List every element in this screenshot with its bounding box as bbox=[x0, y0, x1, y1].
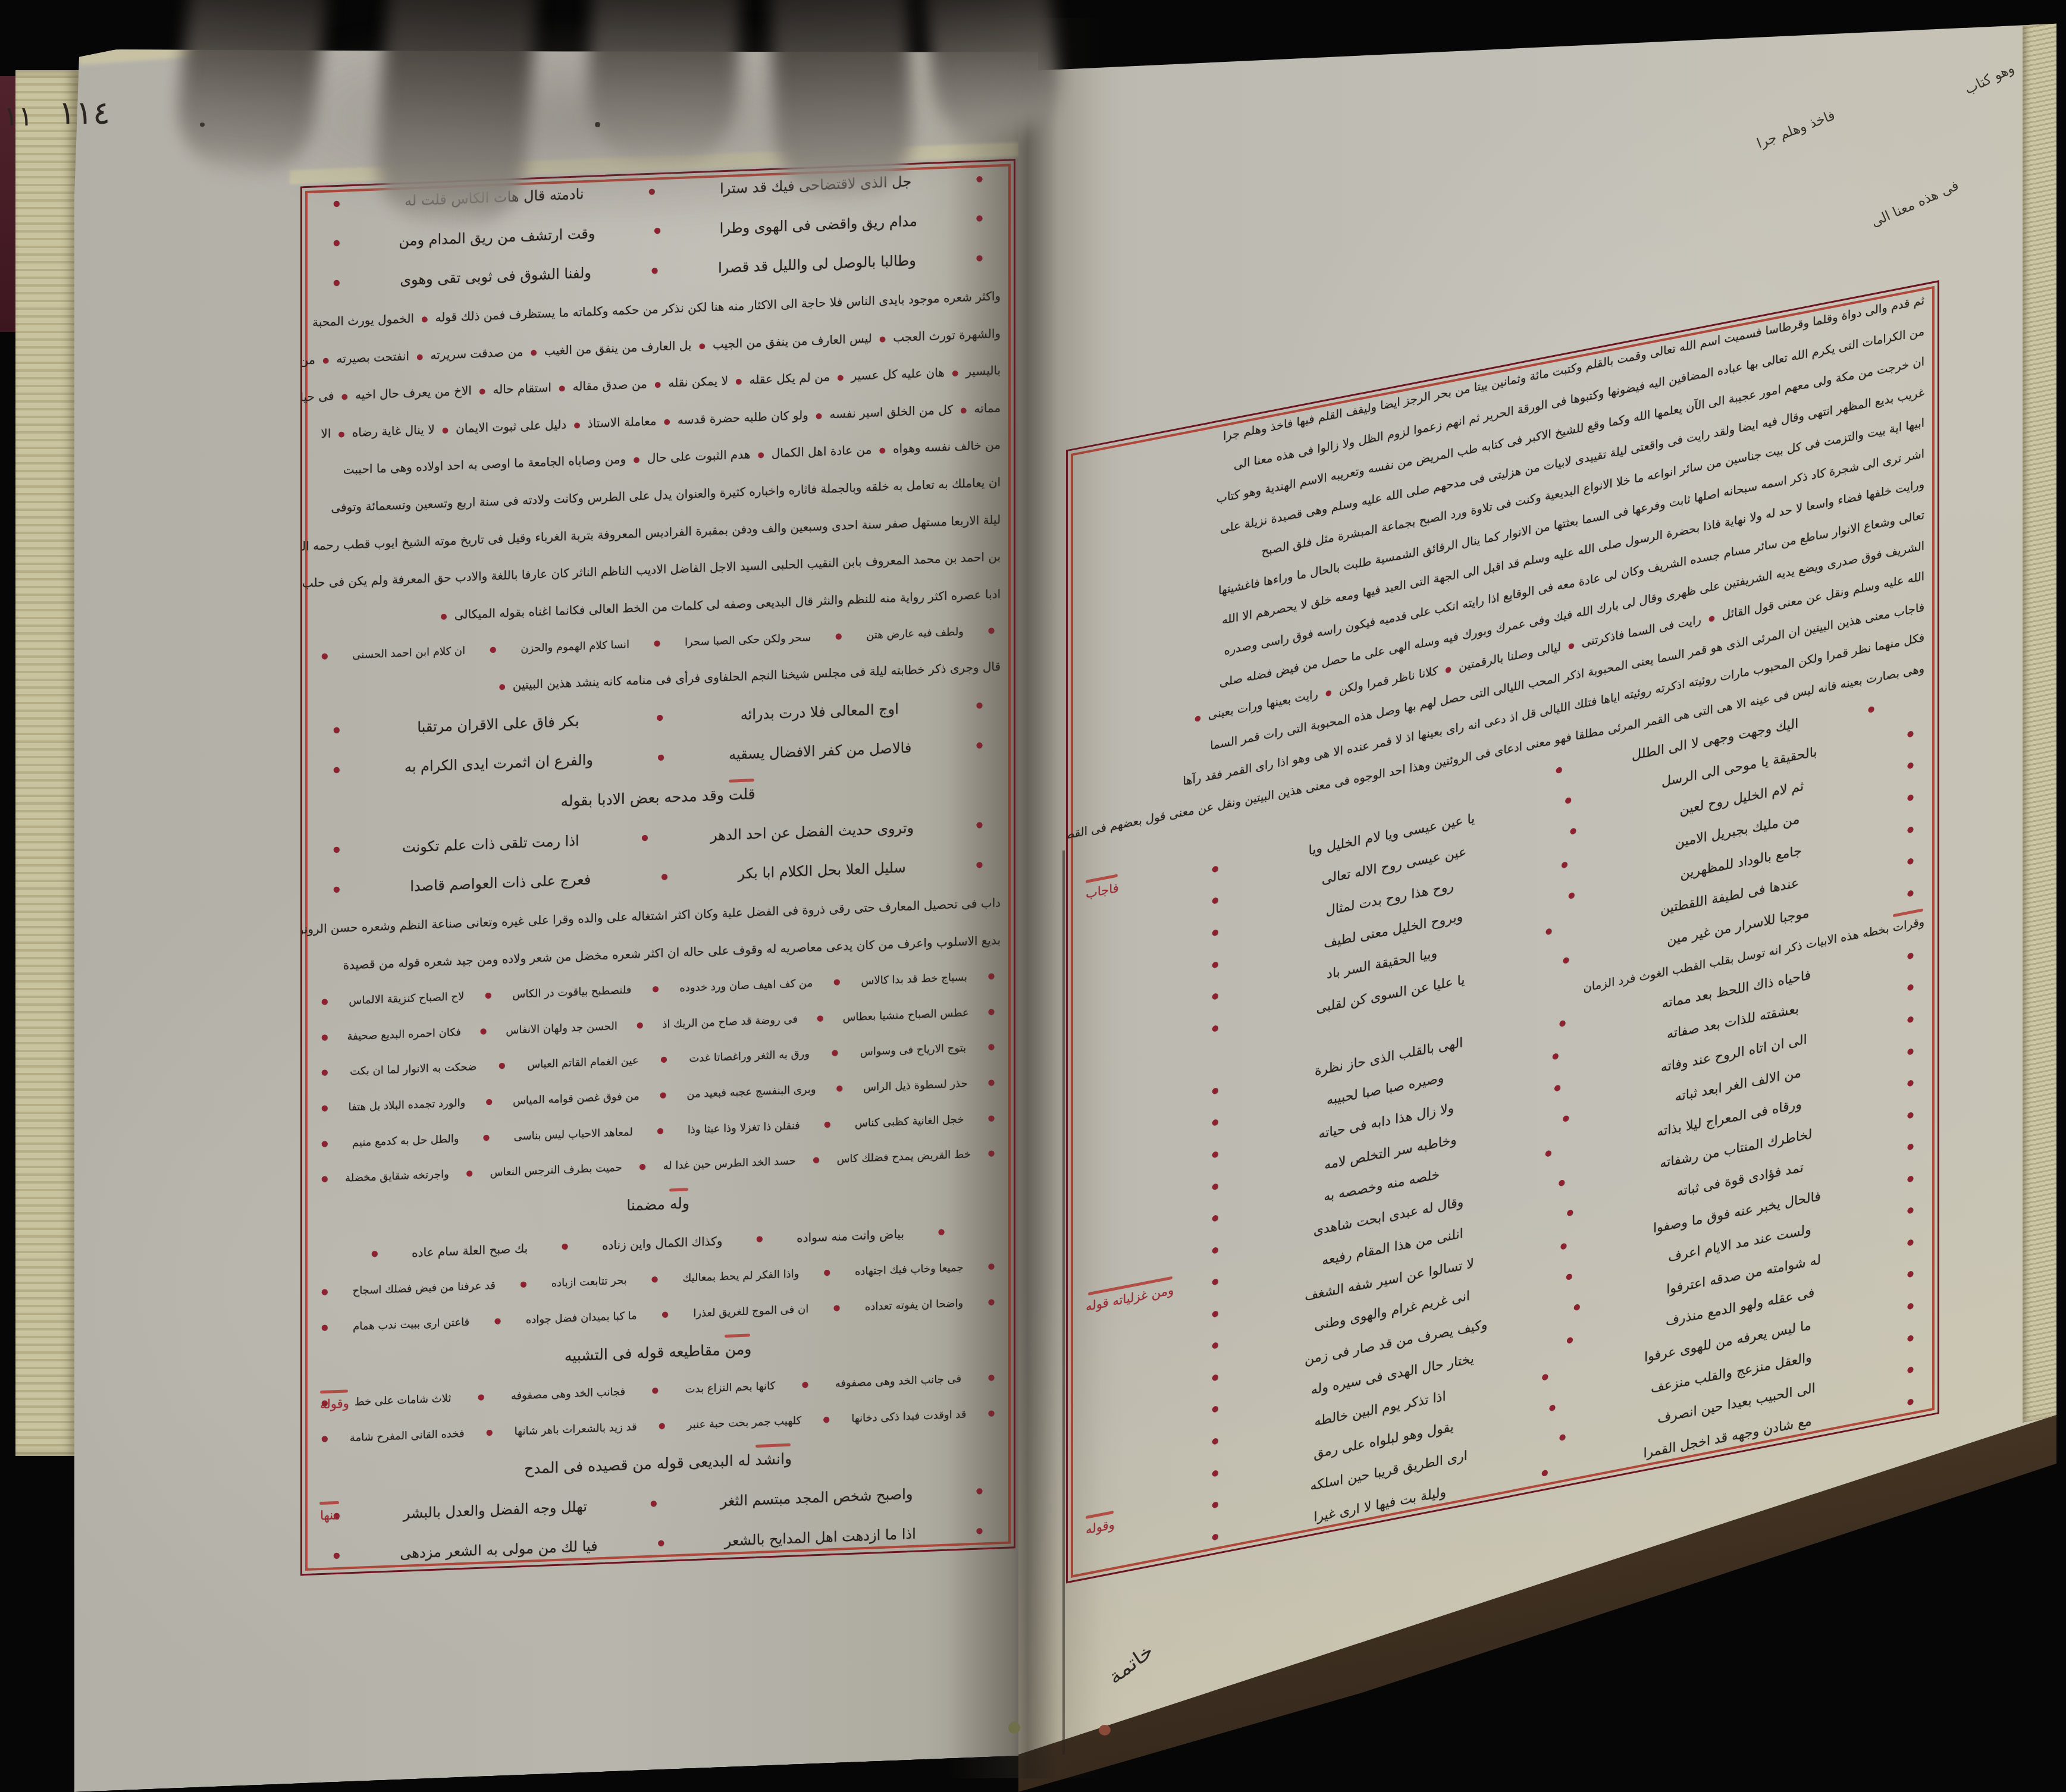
verse-divider-dot: ● bbox=[319, 1288, 330, 1297]
verse-divider-dot: ● bbox=[986, 1078, 997, 1087]
verse-divider-dot: ● bbox=[1905, 1046, 1916, 1057]
verse-divider-dot: ● bbox=[319, 1068, 330, 1078]
verse-divider-dot: ● bbox=[463, 1169, 475, 1178]
verse-divider-dot: ● bbox=[475, 386, 489, 396]
verse-divider-dot: ● bbox=[555, 383, 569, 393]
verse-divider-dot: ● bbox=[1209, 1372, 1221, 1383]
verse-divider-dot: ● bbox=[1565, 640, 1578, 651]
hemistich: فخده القانى المفرح شامة bbox=[330, 1426, 484, 1445]
verse-divider-dot: ● bbox=[754, 1234, 765, 1244]
hemistich: واجرتخه شقايق مخضلة bbox=[330, 1168, 463, 1185]
verse-divider-dot: ● bbox=[475, 1392, 487, 1402]
verse-row: ●والفرع ان اثمرت ايدى الكرام به●فالاصل م… bbox=[315, 736, 1001, 779]
prose-line: من خالف نفسه وهواه ● من عادة اهل الكمال … bbox=[315, 438, 1001, 478]
hemistich: قد عرفنا من فيض فضلك اسجاح bbox=[330, 1278, 518, 1298]
verse-divider-dot: ● bbox=[1560, 955, 1572, 966]
verse-row: ●بك صبح العلة سام عاده●وكذاك الكمال واين… bbox=[315, 1223, 1001, 1263]
right-text-frame: ثم قدم والى دواة وقلما وقرطاسا فسميت اسم… bbox=[1066, 280, 1939, 1583]
verse-divider-dot: ● bbox=[319, 355, 333, 365]
verse-divider-dot: ● bbox=[656, 1421, 667, 1430]
verse-row: ●ضحكت به الانوار لما ان بكت●عين الغمام ا… bbox=[315, 1041, 1001, 1079]
verse-divider-dot: ● bbox=[1905, 1332, 1916, 1344]
verse-divider-dot: ● bbox=[986, 972, 997, 981]
verse-divider-dot: ● bbox=[496, 682, 509, 691]
verse-divider-dot: ● bbox=[1866, 704, 1877, 715]
hemistich: ما كبا بميدان فضل جواده bbox=[503, 1308, 659, 1327]
verse-divider-dot: ● bbox=[487, 645, 499, 654]
verse-divider-dot: ● bbox=[478, 1027, 489, 1036]
hemistich: ورق به الثغر وراغصاتا غدت bbox=[670, 1047, 829, 1066]
verse-divider-dot: ● bbox=[481, 1133, 492, 1143]
verse-divider-dot: ● bbox=[660, 416, 674, 426]
red-overline-word: وانشد bbox=[755, 1450, 792, 1468]
hemistich: سحر ولكن حكى الصبا سحرا bbox=[663, 630, 833, 649]
section-heading: قلت وقد مدحه بعض الادبا بقوله bbox=[315, 776, 1001, 819]
hemistich: ثلاث شامات على خط bbox=[330, 1391, 475, 1409]
verse-divider-dot: ● bbox=[482, 991, 494, 1000]
verse-divider-dot: ● bbox=[974, 1487, 985, 1496]
section-heading: وانشد له البديعى قوله من قصيده فى المدح bbox=[315, 1442, 1001, 1485]
red-overline-word: وله bbox=[670, 1194, 689, 1212]
verse-divider-dot: ● bbox=[1905, 950, 1916, 961]
verse-divider-dot: ● bbox=[418, 314, 431, 324]
hemistich: جميعا وخاب فيك اجتهاده bbox=[833, 1260, 986, 1279]
hemistich: من فوق غصن قوامه المياس bbox=[495, 1089, 657, 1107]
verse-divider-dot: ● bbox=[630, 455, 644, 465]
prose-line: واكثر شعره موجود بايدى الناس فلا حاجة ال… bbox=[315, 288, 1001, 329]
red-overline-word: ومن bbox=[725, 1341, 752, 1359]
hemistich: حذر لسطوة ذيل الراس bbox=[845, 1077, 986, 1094]
red-overline-word: قلت bbox=[729, 785, 755, 804]
hemistich: انسا كلام الهموم والحزن bbox=[499, 637, 651, 655]
hemistich: سليل العلا بحل الكلام ابا بكر bbox=[670, 856, 974, 885]
verse-divider-dot: ● bbox=[1905, 1396, 1916, 1407]
hemistich: حميت بطرف النرجس النعاس bbox=[475, 1161, 637, 1179]
verse-divider-dot: ● bbox=[1209, 1340, 1221, 1351]
verse-row: ●فعرج على ذات العواصم قاصدا●سليل العلا ب… bbox=[315, 855, 1001, 898]
verse-divider-dot: ● bbox=[1905, 1109, 1916, 1121]
hemistich: حسد الخد الطرس حين غدا له bbox=[648, 1154, 811, 1173]
verse-divider-dot: ● bbox=[974, 1526, 985, 1536]
verse-divider-dot: ● bbox=[974, 701, 985, 710]
verse-divider-dot: ● bbox=[1209, 959, 1221, 970]
verse-divider-dot: ● bbox=[986, 1113, 997, 1123]
verse-divider-dot: ● bbox=[1540, 1372, 1551, 1383]
verse-divider-dot: ● bbox=[1560, 1113, 1572, 1124]
ink-speck bbox=[1099, 1725, 1111, 1735]
ink-speck bbox=[200, 123, 205, 127]
verse-divider-dot: ● bbox=[986, 1043, 997, 1052]
hemistich: واذا الفكر لم يحط بمعاليك bbox=[660, 1267, 821, 1285]
hemistich: فجانب الخد وهى مصفوفه bbox=[487, 1385, 649, 1404]
verse-divider-dot: ● bbox=[1209, 927, 1221, 939]
verse-row: ●واجرتخه شقايق مخضلة●حميت بطرف النرجس ال… bbox=[315, 1147, 1001, 1185]
hemistich: تهلل وجه الفضل والعدل بالبشر bbox=[342, 1496, 648, 1524]
verse-divider-dot: ● bbox=[1558, 1241, 1569, 1252]
verse-divider-dot: ● bbox=[331, 726, 342, 735]
verse-divider-dot: ● bbox=[831, 1303, 842, 1313]
verse-divider-dot: ● bbox=[974, 820, 985, 830]
verse-divider-dot: ● bbox=[1905, 1364, 1916, 1376]
verse-divider-dot: ● bbox=[1566, 890, 1577, 901]
verse-divider-dot: ● bbox=[1905, 856, 1916, 867]
verse-divider-dot: ● bbox=[650, 984, 661, 994]
verse-divider-dot: ● bbox=[1209, 1308, 1221, 1320]
verse-divider-dot: ● bbox=[1209, 895, 1221, 906]
hemistich: اذا ما ازدهت اهل المدايح بالشعر bbox=[667, 1523, 974, 1551]
hemistich: والطل حل به كدمع متيم bbox=[330, 1131, 480, 1150]
verse-divider-dot: ● bbox=[957, 405, 970, 415]
verse-divider-dot: ● bbox=[1905, 1014, 1916, 1025]
verse-divider-dot: ● bbox=[1905, 1301, 1916, 1312]
verse-divider-dot: ● bbox=[437, 611, 451, 621]
verse-divider-dot: ● bbox=[369, 1249, 380, 1259]
verse-divider-dot: ● bbox=[834, 1084, 845, 1093]
ink-speck bbox=[595, 122, 600, 127]
verse-divider-dot: ● bbox=[936, 1228, 947, 1237]
margin-note-red: وقوله bbox=[320, 1396, 349, 1411]
page-number: ١١٤ bbox=[58, 94, 110, 131]
verse-divider-dot: ● bbox=[656, 1539, 667, 1548]
verse-row: ●والطل حل به كدمع متيم●لمعاهد الاحباب لي… bbox=[315, 1112, 1001, 1150]
verse-divider-dot: ● bbox=[319, 1434, 330, 1443]
verse-divider-dot: ● bbox=[331, 884, 342, 894]
verse-divider-dot: ● bbox=[1905, 1078, 1916, 1089]
hemistich: بك صبح العلة سام عاده bbox=[380, 1239, 559, 1261]
finger-shadow bbox=[769, 0, 914, 205]
verse-divider-dot: ● bbox=[1547, 1402, 1558, 1413]
hemistich: فكان احمره البديع صحيفة bbox=[330, 1025, 477, 1044]
verse-divider-dot: ● bbox=[1322, 687, 1335, 698]
manuscript-photo: ●نادمته قال هات الكاس قلت له●جل الذى لاق… bbox=[0, 0, 2066, 1792]
verse-divider-dot: ● bbox=[651, 639, 663, 648]
verse-divider-dot: ● bbox=[1209, 1531, 1221, 1543]
verse-divider-dot: ● bbox=[659, 1310, 670, 1319]
hemistich: فالاصل من كفر الافضال يسقيه bbox=[667, 737, 974, 765]
hemistich: كلهيب جمر بحت حبة عنبر bbox=[667, 1413, 820, 1432]
hemistich: اذا رمت تلقى ذات علم تكونت bbox=[342, 830, 639, 858]
verse-divider-dot: ● bbox=[331, 765, 342, 775]
verse-divider-dot: ● bbox=[1571, 1302, 1582, 1313]
verse-divider-dot: ● bbox=[876, 334, 889, 343]
hemistich: عين الغمام القاتم العباس bbox=[507, 1054, 658, 1072]
margin-note-red: منها bbox=[320, 1508, 340, 1523]
verse-divider-dot: ● bbox=[559, 1242, 570, 1251]
verse-divider-dot: ● bbox=[319, 1175, 330, 1184]
hemistich: بياض وانت منه سواده bbox=[765, 1225, 935, 1246]
verse-divider-dot: ● bbox=[1705, 613, 1719, 623]
verse-divider-dot: ● bbox=[1567, 826, 1579, 837]
hemistich: لاح الصباح كنزيقة الالماس bbox=[330, 990, 482, 1008]
hemistich: فنقلن ذا تغزلا وذا عبثا وذا bbox=[666, 1118, 822, 1137]
hemistich: بتوج الارياح فى وسواس bbox=[841, 1041, 986, 1059]
left-text-frame: ●نادمته قال هات الكاس قلت له●جل الذى لاق… bbox=[300, 159, 1015, 1576]
verse-divider-dot: ● bbox=[1209, 1117, 1221, 1128]
left-text-block: ●نادمته قال هات الكاس قلت له●جل الذى لاق… bbox=[315, 170, 1001, 1565]
verse-divider-dot: ● bbox=[319, 997, 330, 1007]
hemistich: لمعاهد الاحباب ليس بناسى bbox=[492, 1125, 654, 1143]
verse-divider-dot: ● bbox=[648, 1499, 659, 1509]
verse-divider-dot: ● bbox=[570, 420, 584, 429]
verse-divider-dot: ● bbox=[1905, 1269, 1916, 1280]
right-fore-edge bbox=[2023, 18, 2056, 1423]
verse-divider-dot: ● bbox=[1559, 859, 1570, 871]
verse-divider-dot: ● bbox=[1905, 1141, 1916, 1153]
verse-divider-dot: ● bbox=[1209, 991, 1221, 1002]
hemistich: فاعتن ارى ببيت ندب همام bbox=[330, 1315, 491, 1333]
hemistich: خط القريض يمدح فضلك كاس bbox=[822, 1147, 986, 1166]
verse-row: ●قد عرفنا من فيض فضلك اسجاح●بحر تتابعت ا… bbox=[315, 1260, 1001, 1298]
verse-divider-dot: ● bbox=[1209, 1023, 1221, 1034]
hemistich: ولطف فيه عارض هتن bbox=[844, 624, 985, 642]
verse-divider-dot: ● bbox=[820, 1415, 832, 1424]
verse-divider-dot: ● bbox=[732, 376, 745, 386]
verse-divider-dot: ● bbox=[986, 626, 997, 635]
verse-divider-dot: ● bbox=[986, 1297, 997, 1307]
hemistich: بسياج خط قد بدا كالاس bbox=[842, 970, 985, 988]
verse-divider-dot: ● bbox=[658, 1055, 669, 1065]
hemistich: فعرج على ذات العواصم قاصدا bbox=[342, 869, 659, 897]
verse-divider-dot: ● bbox=[319, 651, 330, 661]
verse-divider-dot: ● bbox=[1556, 1177, 1567, 1188]
verse-row: ●بكر فاق على الاقران مرتقبا●اوج المعالى … bbox=[315, 696, 1001, 739]
section-heading: وله مضمنا bbox=[315, 1182, 1001, 1226]
verse-row: ●اذا رمت تلقى ذات علم تكونت●وتروى حديث ا… bbox=[315, 816, 1001, 859]
verse-divider-dot: ● bbox=[948, 368, 962, 378]
prose-line: باليسير ● هان عليه كل عسير ● من لم يكل ع… bbox=[315, 363, 1001, 403]
hemistich: ضحكت به الانوار لما ان بكت bbox=[330, 1060, 496, 1079]
verse-divider-dot: ● bbox=[833, 632, 844, 641]
hemistich: فى روضة قد صاح من الريك اذ bbox=[645, 1012, 814, 1031]
verse-divider-dot: ● bbox=[1905, 1205, 1916, 1216]
verse-divider-dot: ● bbox=[1209, 1499, 1221, 1511]
prose-line: بديع الاسلوب واعرف من كان يدعى معاصريه ل… bbox=[315, 933, 1001, 973]
verse-divider-dot: ● bbox=[1557, 1018, 1568, 1029]
verse-divider-dot: ● bbox=[649, 1275, 660, 1284]
hemistich: كانها بحم النزاع بدت bbox=[661, 1379, 800, 1396]
verse-divider-dot: ● bbox=[338, 391, 352, 401]
verse-divider-dot: ● bbox=[833, 372, 847, 382]
hemistich: فيا لك من مولى به الشعر مزدهى bbox=[342, 1535, 655, 1564]
section-heading: ومن مقاطيعه قوله فى التشبيه bbox=[315, 1331, 1001, 1374]
verse-divider-dot: ● bbox=[1905, 1173, 1916, 1184]
verse-divider-dot: ● bbox=[1209, 864, 1221, 875]
prose-line: بن احمد بن محمد المعروف بابن النقيب الحل… bbox=[315, 549, 1001, 589]
verse-divider-dot: ● bbox=[331, 1551, 342, 1561]
verse-divider-dot: ● bbox=[413, 352, 427, 361]
hemistich: فلنصطبح بياقوت در الكاس bbox=[494, 983, 650, 1002]
hemistich: قد اوقدت فبدا ذكى دخانها bbox=[832, 1407, 986, 1426]
ink-speck bbox=[1008, 1722, 1020, 1734]
verse-divider-dot: ● bbox=[1557, 1432, 1568, 1443]
verse-divider-dot: ● bbox=[484, 1427, 495, 1437]
prose-line: ادبا عصره اكثر رواية منه للنظم والنثر قا… bbox=[315, 586, 1001, 627]
verse-divider-dot: ● bbox=[639, 833, 650, 843]
verse-row: ●والورد تجمده البلاد بل هتفا●من فوق غصن … bbox=[315, 1076, 1001, 1115]
verse-row: ●ان كلام ابن احمد الحسنى●انسا كلام الهمو… bbox=[315, 624, 1001, 663]
verse-divider-dot: ● bbox=[986, 1408, 997, 1418]
verse-divider-dot: ● bbox=[821, 1268, 832, 1278]
verse-divider-dot: ● bbox=[654, 1126, 666, 1135]
verse-divider-dot: ● bbox=[810, 1156, 822, 1165]
right-page: ثم قدم والى دواة وقلما وقرطاسا فسميت اسم… bbox=[1018, 0, 2066, 1792]
hemistich: وتروى حديث الفضل عن احد الدهر bbox=[651, 817, 974, 846]
verse-divider-dot: ● bbox=[974, 740, 985, 750]
verse-divider-dot: ● bbox=[483, 1097, 494, 1107]
verse-divider-dot: ● bbox=[1209, 1213, 1221, 1224]
verse-divider-dot: ● bbox=[974, 860, 985, 870]
right-text-block: ثم قدم والى دواة وقلما وقرطاسا فسميت اسم… bbox=[1081, 293, 1924, 1571]
prose-line: ليلة الاربعا مستهل صفر سنة احدى وسبعين و… bbox=[315, 512, 1001, 553]
verse-divider-dot: ● bbox=[1209, 1244, 1221, 1256]
verse-divider-dot: ● bbox=[986, 1373, 997, 1382]
margin-note-red: وقوله bbox=[1086, 1517, 1115, 1537]
verse-divider-dot: ● bbox=[1550, 1051, 1561, 1062]
verse-row: ●تهلل وجه الفضل والعدل بالبشر●واصبح شخص … bbox=[315, 1482, 1001, 1525]
verse-divider-dot: ● bbox=[319, 1032, 330, 1042]
verse-divider-dot: ● bbox=[829, 1049, 841, 1058]
hemistich: بكر فاق على الاقران مرتقبا bbox=[342, 710, 654, 738]
verse-divider-dot: ● bbox=[986, 1149, 997, 1159]
verse-divider-dot: ● bbox=[492, 1316, 503, 1326]
verse-divider-dot: ● bbox=[655, 753, 666, 762]
verse-divider-dot: ● bbox=[1191, 713, 1205, 723]
verse-divider-dot: ● bbox=[527, 347, 541, 356]
verse-divider-dot: ● bbox=[518, 1280, 529, 1289]
prose-line: ان يعاملك به تعامل به خلقه وبالجملة فاثا… bbox=[315, 475, 1001, 515]
verse-divider-dot: ● bbox=[1905, 982, 1916, 993]
verse-divider-dot: ● bbox=[496, 1061, 507, 1071]
verse-divider-dot: ● bbox=[876, 445, 889, 455]
catchword: خاتمة bbox=[1105, 1640, 1157, 1689]
hemistich: من كف اهيف صان ورد خدوده bbox=[661, 976, 831, 995]
hemistich: عطس الصباح منشيا بعطاس bbox=[826, 1006, 985, 1024]
verse-divider-dot: ● bbox=[1553, 765, 1565, 776]
verse-divider-dot: ● bbox=[651, 379, 664, 389]
verse-divider-dot: ● bbox=[634, 1021, 645, 1030]
hemistich: اوج المعالى فلا درت بدرائه bbox=[666, 698, 974, 726]
verse-divider-dot: ● bbox=[831, 978, 842, 987]
verse-divider-dot: ● bbox=[986, 1007, 997, 1016]
prose-line: قال وجرى ذكر خطابته ليلة فى مجلس شيخنا ا… bbox=[315, 659, 1001, 699]
hemistich: فى جانب الخد وهى مصفوفه bbox=[811, 1372, 986, 1391]
hemistich: وبرى البنفسج عجبه فبعيد من bbox=[669, 1082, 833, 1101]
verse-divider-dot: ● bbox=[1905, 1237, 1916, 1248]
verse-divider-dot: ● bbox=[1209, 1149, 1221, 1160]
verse-divider-dot: ● bbox=[1551, 1082, 1563, 1094]
verse-divider-dot: ● bbox=[438, 425, 452, 434]
verse-divider-dot: ● bbox=[1209, 1276, 1221, 1288]
verse-divider-dot: ● bbox=[654, 713, 665, 723]
prose-line: مماته ● كل من الخلق اسير نفسه ● ولو كان … bbox=[315, 400, 1001, 441]
verse-divider-dot: ● bbox=[1563, 1272, 1575, 1283]
verse-row: ●فخده القانى المفرح شامة●قد زيد بالشعرات… bbox=[315, 1407, 1001, 1445]
verse-divider-dot: ● bbox=[319, 1139, 330, 1148]
gutter-line bbox=[1062, 851, 1065, 1755]
margin-note-red: ومن غزلياته قوله bbox=[1086, 1282, 1174, 1314]
hemistich: بحر تتابعت ازباده bbox=[529, 1273, 648, 1291]
hemistich: وكذاك الكمال واين زناده bbox=[570, 1232, 754, 1254]
page-number-partial: ١١ bbox=[4, 100, 33, 132]
hemistich: الحسن جد ولهان الانفاس bbox=[489, 1019, 634, 1037]
verse-divider-dot: ● bbox=[1564, 1335, 1575, 1346]
hemistich: ان كلام ابن احمد الحسنى bbox=[330, 644, 487, 662]
verse-divider-dot: ● bbox=[1441, 664, 1455, 674]
verse-divider-dot: ● bbox=[1543, 1148, 1554, 1159]
margin-note-red: فاجاب bbox=[1086, 880, 1119, 901]
verse-divider-dot: ● bbox=[754, 450, 768, 460]
verse-divider-dot: ● bbox=[814, 1013, 826, 1023]
verse-divider-dot: ● bbox=[1565, 1207, 1576, 1219]
verse-divider-dot: ● bbox=[695, 341, 709, 350]
hemistich: قد زيد بالشعرات باهر شانها bbox=[495, 1420, 656, 1438]
prose-line: داب فى تحصيل المعارف حتى رقى ذروة فى الف… bbox=[315, 895, 1001, 936]
verse-row: ●فاعتن ارى ببيت ندب همام●ما كبا بميدان ف… bbox=[315, 1295, 1001, 1334]
verse-divider-dot: ● bbox=[812, 410, 826, 420]
verse-divider-dot: ● bbox=[822, 1120, 833, 1129]
verse-divider-dot: ● bbox=[657, 1091, 669, 1100]
finger-shadow bbox=[585, 0, 741, 169]
verse-row: ●لاح الصباح كنزيقة الالماس●فلنصطبح بياقو… bbox=[315, 969, 1001, 1008]
verse-divider-dot: ● bbox=[335, 429, 349, 438]
verse-divider-dot: ● bbox=[331, 845, 342, 855]
hemistich: ان فى الموج للغريق لعذرا bbox=[671, 1302, 831, 1320]
verse-divider-dot: ● bbox=[1209, 1181, 1221, 1192]
verse-divider-dot: ● bbox=[659, 872, 670, 881]
verse-divider-dot: ● bbox=[1905, 887, 1916, 899]
verse-divider-dot: ● bbox=[1562, 795, 1573, 806]
verse-divider-dot: ● bbox=[1209, 1085, 1221, 1097]
hemistich: واصبح شخص المجد مبتسم الثغر bbox=[659, 1483, 973, 1512]
verse-divider-dot: ● bbox=[1905, 729, 1916, 740]
hemistich: خجل الغانية كظبى كناس bbox=[833, 1112, 985, 1131]
verse-divider-dot: ● bbox=[1905, 760, 1916, 771]
verse-divider-dot: ● bbox=[319, 1103, 330, 1113]
verse-divider-dot: ● bbox=[319, 1323, 330, 1332]
verse-divider-dot: ● bbox=[637, 1162, 648, 1172]
hemistich: والفرع ان اثمرت ايدى الكرام به bbox=[342, 749, 655, 778]
verse-divider-dot: ● bbox=[986, 1262, 997, 1272]
hemistich: والورد تجمده البلاد بل هتفا bbox=[330, 1096, 483, 1115]
verse-divider-dot: ● bbox=[1539, 1467, 1550, 1479]
verse-row: ●فكان احمره البديع صحيفة●الحسن جد ولهان … bbox=[315, 1005, 1001, 1044]
verse-divider-dot: ● bbox=[800, 1380, 811, 1389]
red-overline-word: وقرات bbox=[1893, 915, 1924, 934]
left-page-stack-edge bbox=[15, 70, 80, 1456]
verse-divider-dot: ● bbox=[1209, 1467, 1221, 1479]
verse-row: ●فيا لك من مولى به الشعر مزدهى●اذا ما از… bbox=[315, 1522, 1001, 1565]
verse-divider-dot: ● bbox=[1905, 824, 1916, 835]
verse-divider-dot: ● bbox=[1209, 1436, 1221, 1447]
verse-divider-dot: ● bbox=[1209, 1404, 1221, 1415]
hemistich: واضحا ان يفوته تعداده bbox=[842, 1296, 985, 1314]
verse-divider-dot: ● bbox=[1905, 792, 1916, 804]
prose-line: والشهرة تورث العجب ● ليس العارف من ينفق … bbox=[315, 326, 1001, 366]
verse-divider-dot: ● bbox=[650, 1386, 661, 1395]
verse-row: ●ثلاث شامات على خط●فجانب الخد وهى مصفوفه… bbox=[315, 1371, 1001, 1410]
verse-divider-dot: ● bbox=[1543, 926, 1554, 937]
